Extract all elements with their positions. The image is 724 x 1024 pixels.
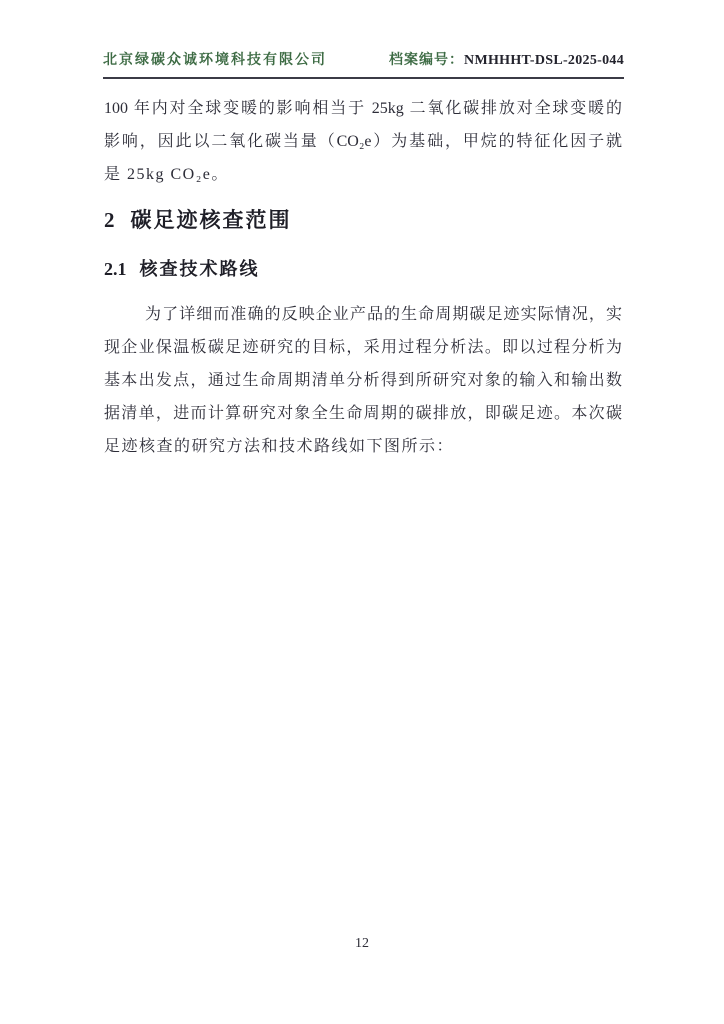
paragraph-methodology-line-3: 基本出发点，通过生命周期清单分析得到所研究对象的输入和输出数 xyxy=(104,364,622,397)
header-company-name: 北京绿碳众诚环境科技有限公司 xyxy=(103,49,327,69)
page-footer: 12 xyxy=(0,936,724,952)
section-title: 碳足迹核查范围 xyxy=(131,208,292,232)
subsection-number: 2.1 xyxy=(104,259,127,279)
subsection-heading: 2.1核查技术路线 xyxy=(104,257,622,281)
paragraph-methodology-line-5: 足迹核查的研究方法和技术路线如下图所示： xyxy=(104,430,622,463)
paragraph-methodology-line-4: 据清单，进而计算研究对象全生命周期的碳排放，即碳足迹。本次碳 xyxy=(104,397,622,430)
paragraph-gwp-line-3: 是 25kg CO₂e。 xyxy=(104,158,622,191)
document-body: 100 年内对全球变暖的影响相当于 25kg 二氧化碳排放对全球变暖的 影响，因… xyxy=(104,92,622,463)
paragraph-gwp-intro: 100 年内对全球变暖的影响相当于 25kg 二氧化碳排放对全球变暖的 影响，因… xyxy=(104,92,622,191)
paragraph-methodology-line-1: 为了详细而准确的反映企业产品的生命周期碳足迹实际情况，实 xyxy=(104,298,622,331)
page-header: 北京绿碳众诚环境科技有限公司 档案编号：NMHHHT-DSL-2025-044 xyxy=(103,49,624,79)
section-number: 2 xyxy=(104,208,115,232)
file-number-value: NMHHHT-DSL-2025-044 xyxy=(464,53,624,68)
paragraph-gwp-line-1: 100 年内对全球变暖的影响相当于 25kg 二氧化碳排放对全球变暖的 xyxy=(104,92,622,125)
paragraph-gwp-line-2: 影响，因此以二氧化碳当量（CO₂e）为基础，甲烷的特征化因子就 xyxy=(104,125,622,158)
page-number: 12 xyxy=(355,936,369,951)
document-page: 北京绿碳众诚环境科技有限公司 档案编号：NMHHHT-DSL-2025-044 … xyxy=(0,0,724,1024)
file-number-label: 档案编号： xyxy=(389,53,464,68)
header-file-number: 档案编号：NMHHHT-DSL-2025-044 xyxy=(389,49,624,69)
section-heading: 2碳足迹核查范围 xyxy=(104,206,622,234)
subsection-title: 核查技术路线 xyxy=(140,259,260,279)
paragraph-methodology-line-2: 现企业保温板碳足迹研究的目标，采用过程分析法。即以过程分析为 xyxy=(104,331,622,364)
paragraph-methodology: 为了详细而准确的反映企业产品的生命周期碳足迹实际情况，实 现企业保温板碳足迹研究… xyxy=(104,298,622,463)
